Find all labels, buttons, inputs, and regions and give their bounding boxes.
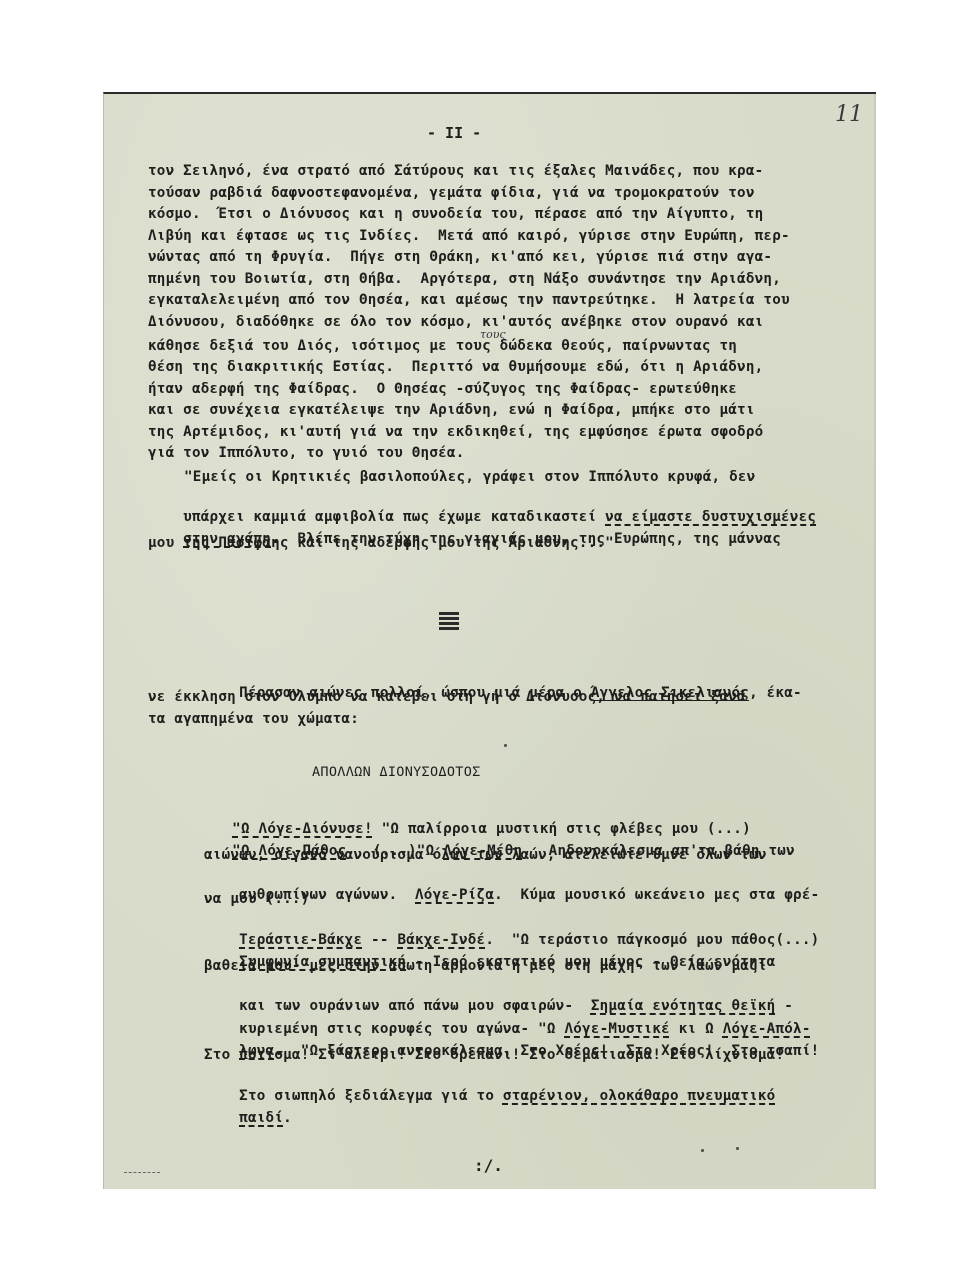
paragraph-line: της Αρτέμιδος, κι'αυτή γιά να την εκδικη… [148,423,763,441]
quote-line: "Εμείς οι Κρητικιές βασιλοπούλες, γράφει… [184,468,755,486]
handwritten-page-number: 11 [835,102,863,127]
poem-text: . Κύμα μουσικό ωκεάνειο μες στα φρέ- [494,887,819,903]
paragraph-line: τον Σειληνό, ένα στρατό από Σάτύρους και… [148,162,763,180]
poem-line: αιώνων, σιγανό νανούρισμα όλων των λαών,… [204,846,767,864]
poem-text: . [283,1110,292,1126]
poem-line: Στο πότισμα! Στ'αλέτρι! Στο δρεπάνι! Στο… [204,1046,784,1064]
poem-line: βαθειά μου- μες στην άσωτη αρμονία ή μες… [204,957,767,975]
paragraph-line: νώντας από τη Φρυγία. Πήγε στη Θράκη, κι… [148,248,772,266]
quote-line: μου της Πασιφάης και της αδερφής μου της… [148,534,614,552]
end-mark: :/. [474,1156,503,1175]
paragraph-line: τούσαν ραβδιά δαφνοστεφανομένα, γεμάτα φ… [148,184,755,202]
poem-line: να μου (...) [204,890,310,908]
page-heading: - II - [427,124,481,142]
paragraph-line: κόσμο. Έτσι ο Διόνυσος και η συνοδεία το… [148,205,763,223]
paragraph-line: εγκαταλελειμένη από τον Θησέα, και αμέσω… [148,291,790,309]
paragraph-line: ήταν αδερφή της Φαίδρας. Ο Θησέας -σύζυγ… [148,380,737,398]
paragraph-line: πημένη του Βοιωτία, στη Θήβα. Αργότερα, … [148,270,781,288]
document-page: 11 - II - τον Σειληνό, ένα στρατό από Σά… [103,92,876,1189]
paper-speck [701,1149,704,1152]
paper-speck [504,744,507,747]
underlined-phrase: Λόγε-Ρίζα [415,887,494,903]
underlined-phrase: παιδί [239,1110,283,1126]
paragraph-line: θέση της διακριτικής Εστίας. Περιττό να … [148,358,763,376]
paragraph-line: γιά τον Ιππόλυτο, το γυιό του Θησέα. [148,444,465,462]
poem-title: ΑΠΟΛΛΩΝ ΔΙΟΝΥΣΟΔΟΤΟΣ [312,764,481,780]
section-ornament [439,612,459,632]
paragraph-line: τα αγαπημένα του χώματα: [148,710,359,728]
paragraph-line: Λιβύη και έφτασε ως τις Ινδίες. Μετά από… [148,227,790,245]
poem-line: παιδί. [204,1091,292,1145]
footer-dash-mark [124,1172,160,1173]
paragraph-line: και σε συνέχεια εγκατέλειψε την Αριάδνη,… [148,401,755,419]
paragraph-text: , έκα- [749,685,802,701]
paragraph-line: κάθησε δεξιά του Διός, ισότιμος με τους … [148,337,737,355]
paper-speck [736,1147,739,1150]
paragraph-line: νε έκκληση στον Όλυμπο να κατέβει στη γή… [148,688,746,706]
paragraph-line: Διόνυσου, διαδόθηκε σε όλο τον κόσμο, κι… [148,313,763,331]
underlined-phrase: σταρένιον, ολοκάθαρο πνευματικό [503,1088,776,1104]
